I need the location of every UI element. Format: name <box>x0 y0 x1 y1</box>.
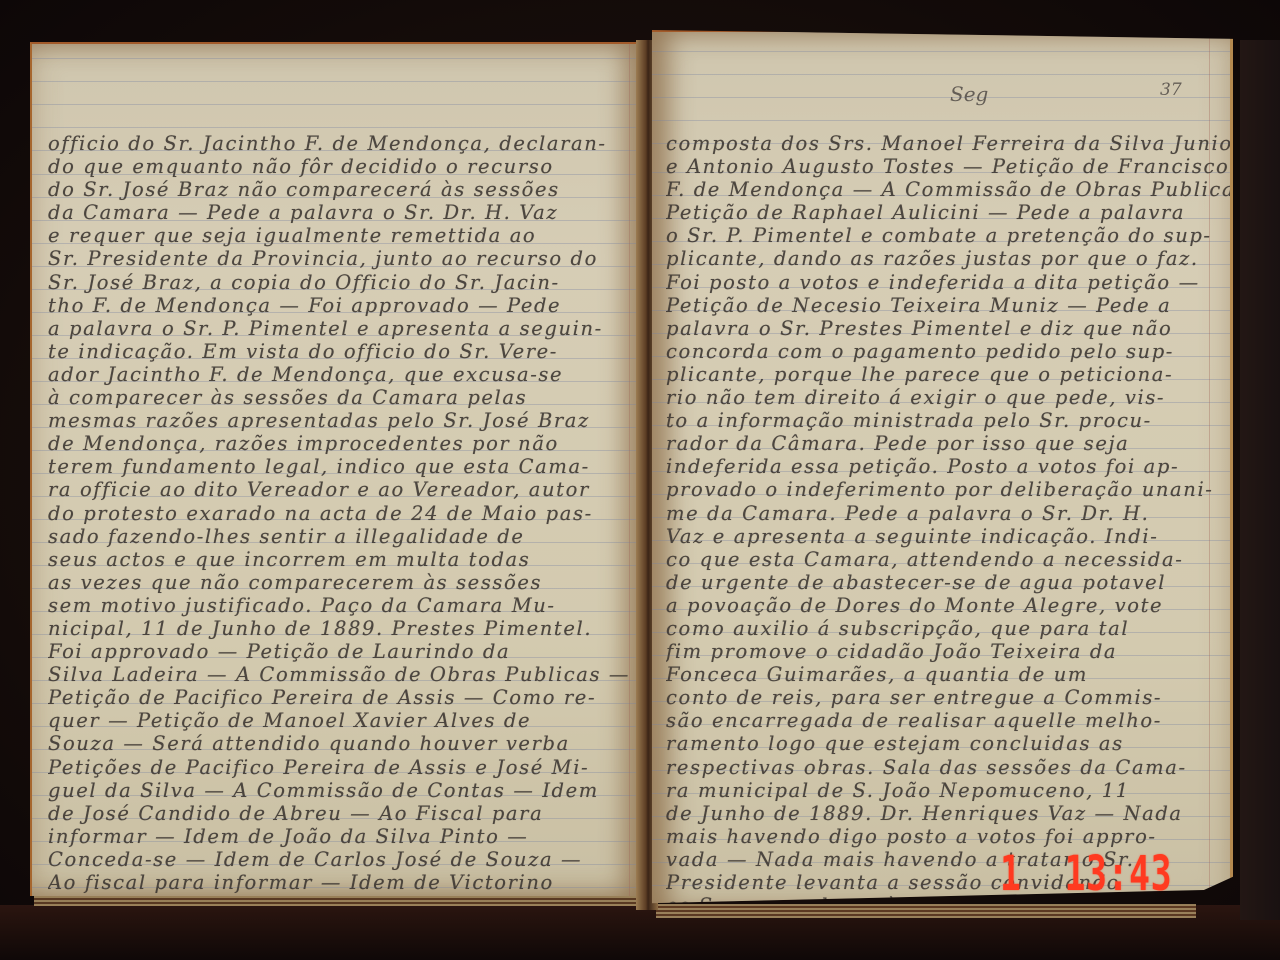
handwritten-line: plicante, porque lhe parece que o petici… <box>666 363 1233 386</box>
camera-timestamp: 1 13:43 <box>1000 846 1172 902</box>
handwritten-line: Silva Ladeira — A Commissão de Obras Pub… <box>48 663 630 686</box>
handwritten-line: plicante, dando as razões justas por que… <box>666 247 1233 270</box>
handwritten-line: ra municipal de S. João Nepomuceno, 11 <box>666 779 1233 802</box>
handwritten-line: rador da Câmara. Pede por isso que seja <box>666 432 1233 455</box>
handwritten-line: de Junho de 1889. Dr. Henriques Vaz — Na… <box>666 802 1233 825</box>
handwritten-line: do Sr. José Braz não comparecerá às sess… <box>48 178 630 201</box>
handwritten-line: ra officie ao dito Vereador e ao Vereado… <box>48 478 630 501</box>
handwritten-line: conto de reis, para ser entregue a Commi… <box>666 686 1233 709</box>
handwritten-line: de Mendonça, razões improcedentes por nã… <box>48 432 630 455</box>
handwritten-line: fim promove o cidadão João Teixeira da <box>666 640 1233 663</box>
handwritten-line: tho F. de Mendonça — Foi approvado — Ped… <box>48 294 630 317</box>
right-page-handwriting: composta dos Srs. Manoel Ferreira da Sil… <box>666 132 1233 912</box>
handwritten-line: guel da Silva — A Commissão de Contas — … <box>48 779 630 802</box>
handwritten-line: de José Candido de Abreu — Ao Fiscal par… <box>48 802 630 825</box>
handwritten-line: Sr. José Braz, a copia do Officio do Sr.… <box>48 271 630 294</box>
handwritten-line: officio do Sr. Jacintho F. de Mendonça, … <box>48 132 630 155</box>
handwritten-line: palavra o Sr. Prestes Pimentel e diz que… <box>666 317 1233 340</box>
handwritten-line: seus actos e que incorrem em multa todas <box>48 548 630 571</box>
left-page-handwriting: officio do Sr. Jacintho F. de Mendonça, … <box>48 132 630 896</box>
handwritten-line: ramento logo que estejam concluidas as <box>666 732 1233 755</box>
handwritten-line: nicipal, 11 de Junho de 1889. Prestes Pi… <box>48 617 630 640</box>
handwritten-line: quer — Petição de Manoel Xavier Alves de <box>48 709 630 732</box>
handwritten-line: to a informação ministrada pelo Sr. proc… <box>666 409 1233 432</box>
handwritten-line: sado fazendo-lhes sentir a illegalidade … <box>48 525 630 548</box>
handwritten-line: do que emquanto não fôr decidido o recur… <box>48 155 630 178</box>
handwritten-line: sem motivo justificado. Paço da Camara M… <box>48 594 630 617</box>
handwritten-line: Ao fiscal para informar — Idem de Victor… <box>48 871 630 894</box>
handwritten-line: composta dos Srs. Manoel Ferreira da Sil… <box>666 132 1233 155</box>
handwritten-line: indeferida essa petição. Posto a votos f… <box>666 455 1233 478</box>
handwritten-line: respectivas obras. Sala das sessões da C… <box>666 756 1233 779</box>
handwritten-line: mais havendo digo posto a votos foi appr… <box>666 825 1233 848</box>
handwritten-line: Foi posto a votos e indeferida a dita pe… <box>666 271 1233 294</box>
handwritten-line: te indicação. Em vista do officio do Sr.… <box>48 340 630 363</box>
handwritten-line: as vezes que não comparecerem às sessões <box>48 571 630 594</box>
handwritten-line: são encarregada de realisar aquelle melh… <box>666 709 1233 732</box>
handwritten-line: a povoação de Dores do Monte Alegre, vot… <box>666 594 1233 617</box>
handwritten-line: mesmas razões apresentadas pelo Sr. José… <box>48 409 630 432</box>
handwritten-line: e Antonio Augusto Tostes — Petição de Fr… <box>666 155 1233 178</box>
handwritten-line: Petição de Necesio Teixeira Muniz — Pede… <box>666 294 1233 317</box>
photo-scene: officio do Sr. Jacintho F. de Mendonça, … <box>0 0 1280 960</box>
handwritten-line: Petição de Pacifico Pereira de Assis — C… <box>48 686 630 709</box>
right-page: Seg 37 composta dos Srs. Manoel Ferreira… <box>652 30 1233 912</box>
handwritten-line: co que esta Camara, attendendo a necessi… <box>666 548 1233 571</box>
handwritten-line: F. de Mendonça — A Commissão de Obras Pu… <box>666 178 1233 201</box>
handwritten-line: concorda com o pagamento pedido pelo sup… <box>666 340 1233 363</box>
page-stack-right <box>656 904 1196 918</box>
left-page: officio do Sr. Jacintho F. de Mendonça, … <box>30 42 642 896</box>
handwritten-line: Foi approvado — Petição de Laurindo da <box>48 640 630 663</box>
handwritten-line: Gonçalves Campos — Nomeio a commissão <box>48 894 630 896</box>
handwritten-line: me da Camara. Pede a palavra o Sr. Dr. H… <box>666 502 1233 525</box>
page-number: 37 <box>1160 80 1182 100</box>
header-mark: Seg <box>950 82 988 106</box>
handwritten-line: o Sr. P. Pimentel e combate a pretenção … <box>666 224 1233 247</box>
handwritten-line: e requer que seja igualmente remettida a… <box>48 224 630 247</box>
handwritten-line: informar — Idem de João da Silva Pinto — <box>48 825 630 848</box>
handwritten-line: Petições de Pacifico Pereira de Assis e … <box>48 756 630 779</box>
handwritten-line: rio não tem direito á exigir o que pede,… <box>666 386 1233 409</box>
handwritten-line: terem fundamento legal, indico que esta … <box>48 455 630 478</box>
handwritten-line: Petição de Raphael Aulicini — Pede a pal… <box>666 201 1233 224</box>
handwritten-line: provado o indeferimento por deliberação … <box>666 478 1233 501</box>
handwritten-line: a palavra o Sr. P. Pimentel e apresenta … <box>48 317 630 340</box>
book-cover-edge <box>1240 40 1280 920</box>
handwritten-line: da Camara — Pede a palavra o Sr. Dr. H. … <box>48 201 630 224</box>
handwritten-line: do protesto exarado na acta de 24 de Mai… <box>48 502 630 525</box>
handwritten-line: como auxilio á subscripção, que para tal <box>666 617 1233 640</box>
handwritten-line: Vaz e apresenta a seguinte indicação. In… <box>666 525 1233 548</box>
handwritten-line: ador Jacintho F. de Mendonça, que excusa… <box>48 363 630 386</box>
handwritten-line: Souza — Será attendido quando houver ver… <box>48 732 630 755</box>
handwritten-line: Fonceca Guimarães, a quantia de um <box>666 663 1233 686</box>
handwritten-line: à comparecer às sessões da Camara pelas <box>48 386 630 409</box>
handwritten-line: Sr. Presidente da Provincia, junto ao re… <box>48 247 630 270</box>
handwritten-line: de urgente de abastecer-se de agua potav… <box>666 571 1233 594</box>
handwritten-line: Conceda-se — Idem de Carlos José de Souz… <box>48 848 630 871</box>
